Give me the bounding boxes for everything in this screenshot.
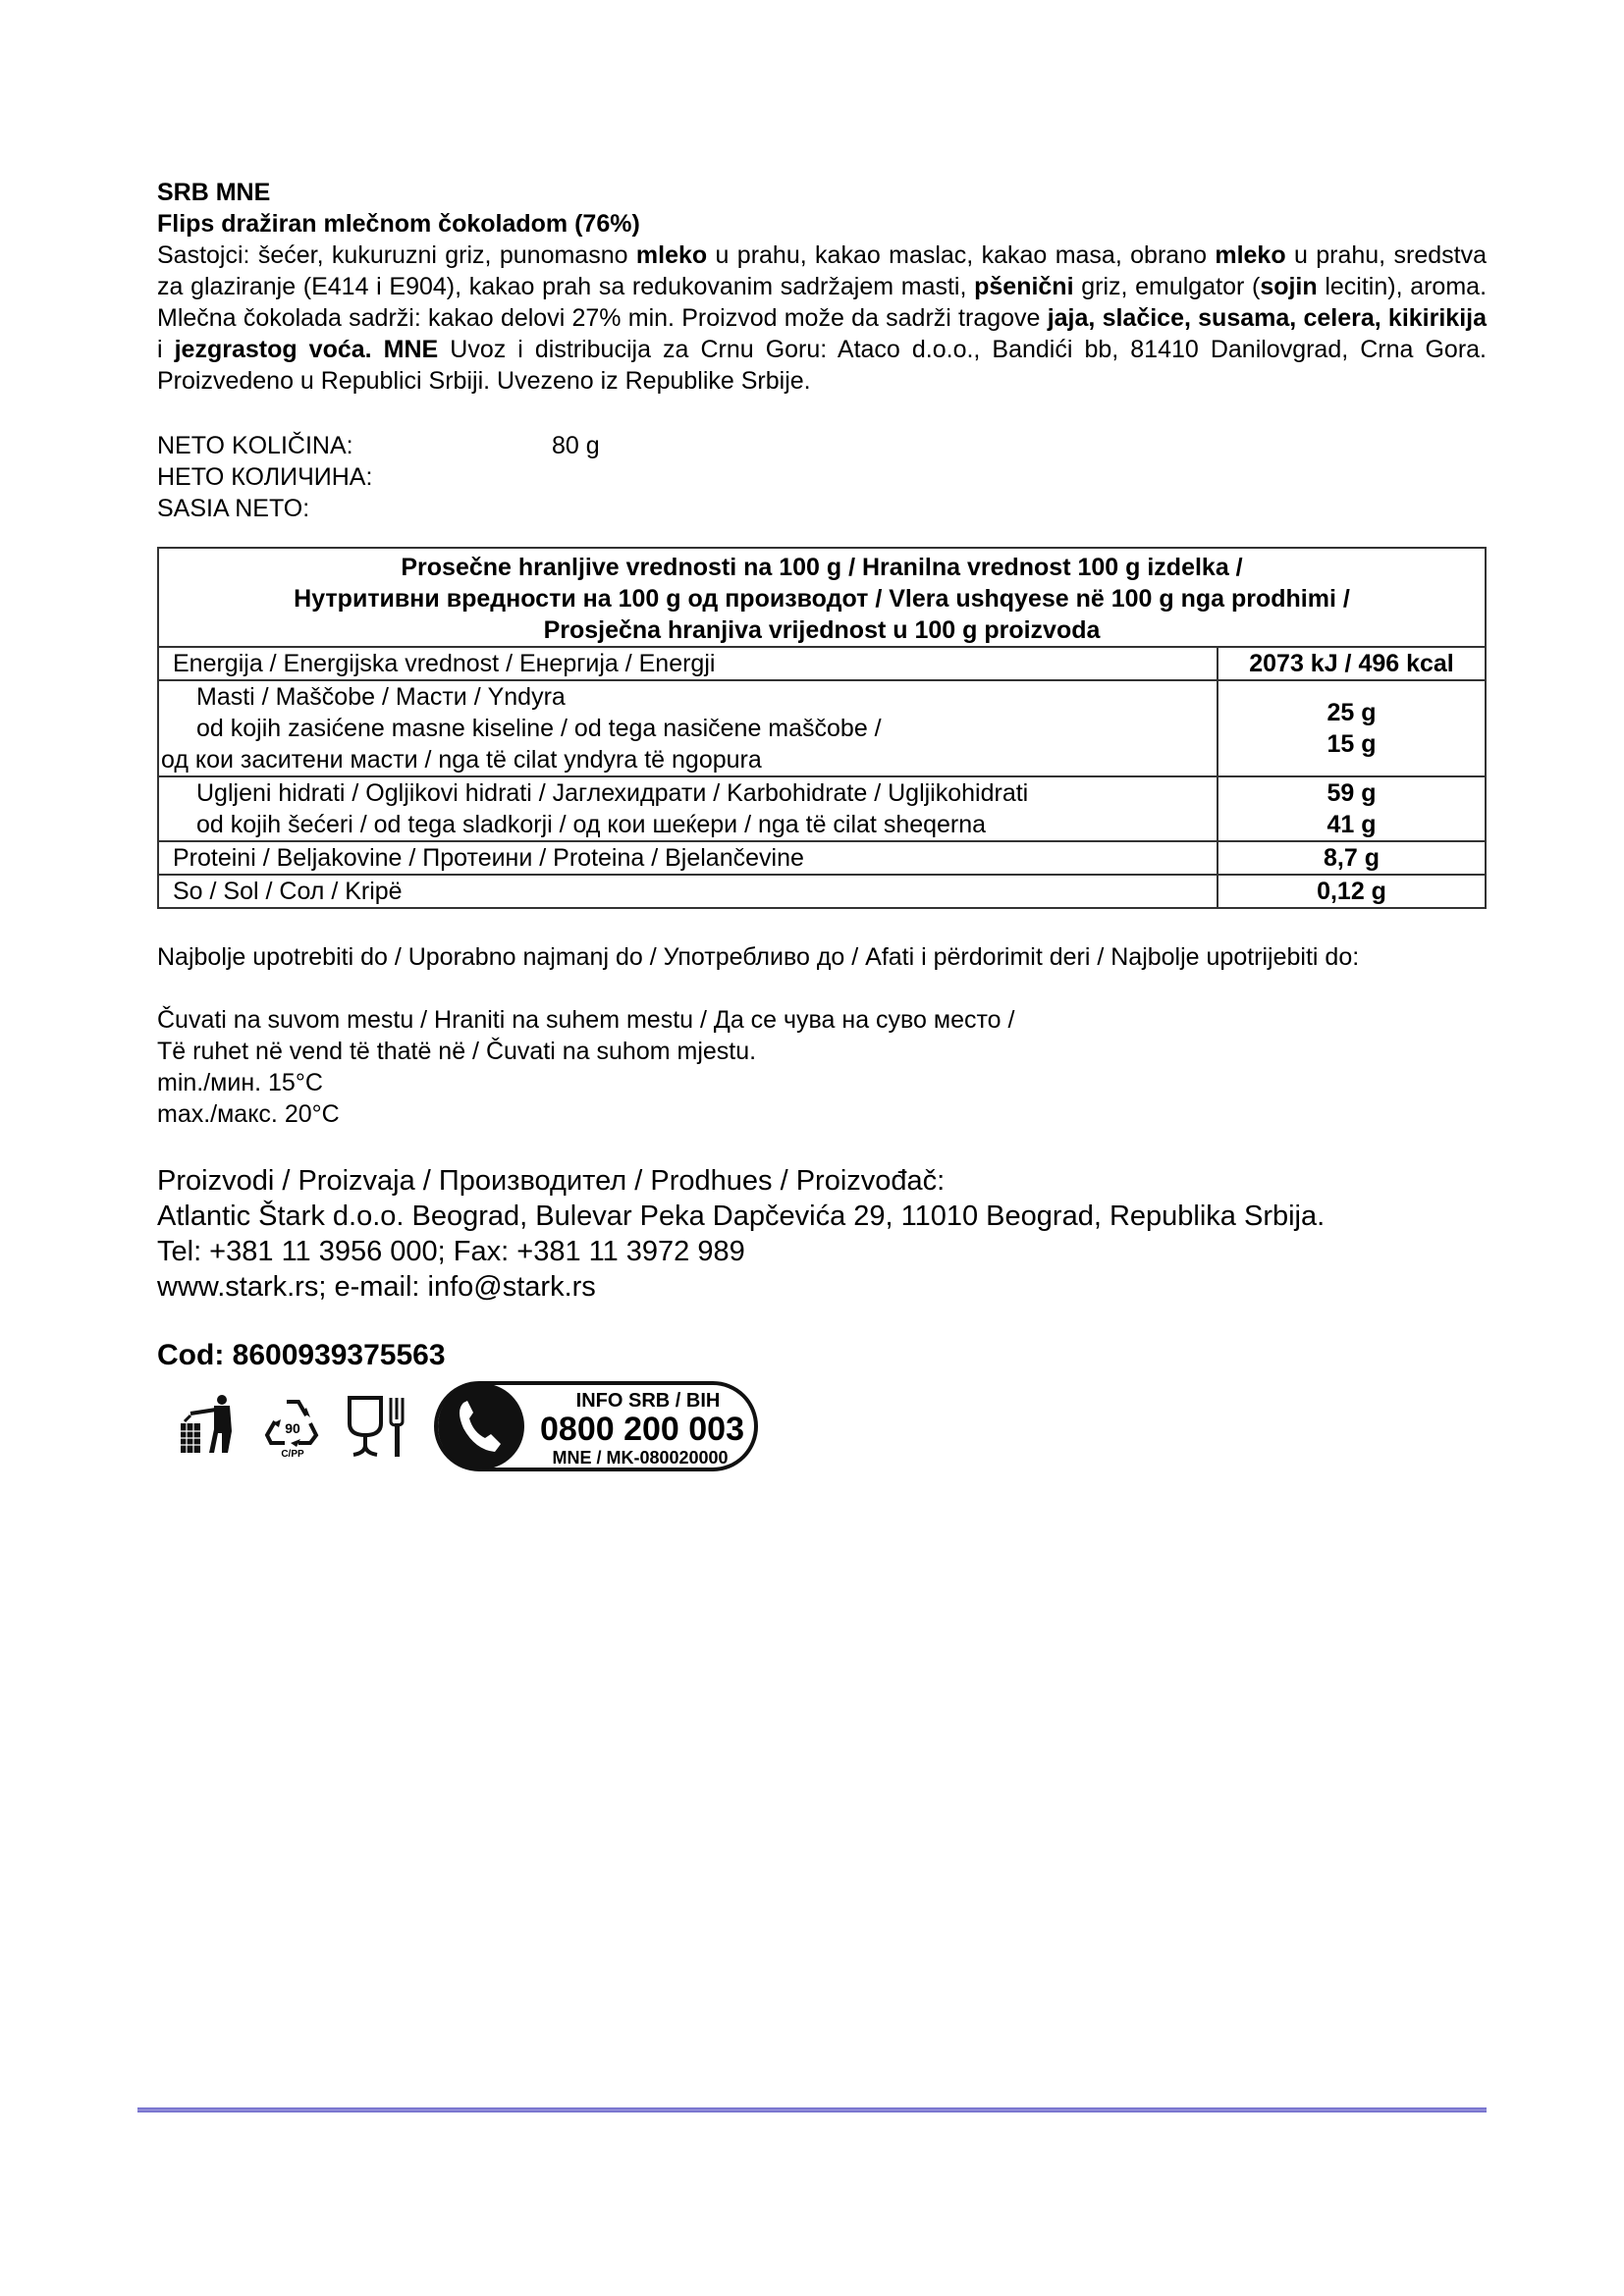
fat-values: 25 g 15 g — [1218, 680, 1486, 776]
svg-text:MNE / MK-080020000: MNE / MK-080020000 — [552, 1448, 728, 1468]
energy-value: 2073 kJ / 496 kcal — [1218, 647, 1486, 680]
nutrition-table-header: Prosečne hranljive vrednosti na 100 g / … — [158, 548, 1486, 647]
net-quantity-label-mk: НЕТО КОЛИЧИНА: — [157, 461, 552, 493]
net-quantity: NETO KOLIČINA: 80 g НЕТО КОЛИЧИНА: SASIA… — [157, 430, 1487, 524]
nutrition-header-line: Prosečne hranljive vrednosti na 100 g / … — [167, 552, 1477, 583]
sugar-value: 41 g — [1232, 809, 1471, 840]
table-row-energy: Energija / Energijska vrednost / Енергиј… — [158, 647, 1486, 680]
protein-label: Proteini / Beljakovine / Протеини / Prot… — [158, 841, 1218, 875]
best-before-text: Najbolje upotrebiti do / Uporabno najman… — [157, 941, 1487, 973]
market-heading: SRB MNE — [157, 177, 1487, 208]
table-row-carbs: Ugljeni hidrati / Ogljikovi hidrati / Ја… — [158, 776, 1486, 841]
producer-address: Atlantic Štark d.o.o. Beograd, Bulevar P… — [157, 1199, 1487, 1234]
producer-heading: Proizvodi / Proizvaja / Производител / P… — [157, 1163, 1487, 1199]
table-row-protein: Proteini / Beljakovine / Протеини / Prot… — [158, 841, 1486, 875]
fat-labels: Masti / Maščobe / Масти / Yndyra od koji… — [158, 680, 1218, 776]
storage-line: Čuvati na suvom mestu / Hraniti na suhem… — [157, 1004, 1487, 1036]
protein-value: 8,7 g — [1218, 841, 1486, 875]
product-code: Cod: 8600939375563 — [157, 1338, 1487, 1373]
nutrition-table: Prosečne hranljive vrednosti na 100 g / … — [157, 547, 1487, 909]
label-document: SRB MNE Flips dražiran mlečnom čokoladom… — [157, 177, 1487, 1471]
fat-label: Masti / Maščobe / Масти / Yndyra — [173, 681, 1203, 713]
ingredient-text: u prahu, kakao maslac, kakao masa, obran… — [707, 241, 1215, 269]
saturated-fat-label: od kojih zasićene masne kiseline / od te… — [173, 713, 1203, 744]
energy-label: Energija / Energijska vrednost / Енергиј… — [158, 647, 1218, 680]
allergen-highlight: jezgrastog voća. MNE — [175, 336, 439, 363]
producer-phone: Tel: +381 11 3956 000; Fax: +381 11 3972… — [157, 1234, 1487, 1269]
allergen-highlight: pšenični — [974, 273, 1073, 300]
table-row-salt: So / Sol / Сол / Kripë 0,12 g — [158, 875, 1486, 908]
sugar-label: od kojih šećeri / od tega sladkorji / од… — [173, 809, 1203, 840]
fat-value: 25 g — [1232, 697, 1471, 728]
ingredient-text: griz, emulgator ( — [1074, 273, 1261, 300]
saturated-fat-value: 15 g — [1232, 728, 1471, 760]
svg-text:90: 90 — [285, 1420, 300, 1436]
svg-text:INFO SRB / BIH: INFO SRB / BIH — [576, 1390, 721, 1412]
net-quantity-label-srb: NETO KOLIČINA: — [157, 430, 552, 461]
allergen-highlight: mleko — [1215, 241, 1285, 269]
ingredients-text: Sastojci: šećer, kukuruzni griz, punomas… — [157, 240, 1487, 397]
carb-value: 59 g — [1232, 777, 1471, 809]
svg-text:C/PP: C/PP — [281, 1449, 304, 1459]
svg-text:0800 200 003: 0800 200 003 — [540, 1411, 744, 1448]
table-row-fat: Masti / Maščobe / Масти / Yndyra od koji… — [158, 680, 1486, 776]
footer-rule — [137, 2108, 1487, 2112]
info-hotline-badge: INFO SRB / BIH 0800 200 003 MNE / MK-080… — [434, 1381, 758, 1471]
carb-labels: Ugljeni hidrati / Ogljikovi hidrati / Ја… — [158, 776, 1218, 841]
salt-value: 0,12 g — [1218, 875, 1486, 908]
storage-min-temp: min./мин. 15°C — [157, 1067, 1487, 1098]
allergen-highlight: mleko — [636, 241, 707, 269]
storage-instructions: Čuvati na suvom mestu / Hraniti na suhem… — [157, 1004, 1487, 1130]
product-title: Flips dražiran mlečnom čokoladom (76%) — [157, 208, 1487, 240]
net-quantity-label-al: SASIA NETO: — [157, 493, 552, 524]
salt-label: So / Sol / Сол / Kripë — [158, 875, 1218, 908]
net-quantity-value: 80 g — [552, 430, 600, 461]
saturated-fat-label-cont: од кои заситени масти / nga të cilat ynd… — [161, 744, 1203, 775]
storage-line: Të ruhet në vend të thatë në / Čuvati na… — [157, 1036, 1487, 1067]
nutrition-header-line: Prosječna hranjiva vrijednost u 100 g pr… — [167, 614, 1477, 646]
allergen-highlight: jaja, slačice, susama, celera, kikirikij… — [1048, 304, 1487, 332]
producer-web-email: www.stark.rs; e-mail: info@stark.rs — [157, 1269, 1487, 1305]
tidyman-dispose-icon — [177, 1394, 240, 1459]
food-contact-glass-fork-icon — [346, 1394, 408, 1459]
symbol-row: 90 C/PP INFO SRB / BIH 0800 200 003 MNE … — [177, 1381, 1487, 1471]
allergen-highlight: sojin — [1260, 273, 1317, 300]
ingredient-text: Sastojci: šećer, kukuruzni griz, punomas… — [157, 241, 636, 269]
recycle-icon: 90 C/PP — [261, 1394, 324, 1459]
storage-max-temp: max./макс. 20°C — [157, 1098, 1487, 1130]
producer-info: Proizvodi / Proizvaja / Производител / P… — [157, 1163, 1487, 1305]
nutrition-header-line: Нутритивни вредности на 100 g од произво… — [167, 583, 1477, 614]
ingredient-text: i — [157, 336, 175, 363]
carb-label: Ugljeni hidrati / Ogljikovi hidrati / Ја… — [173, 777, 1203, 809]
carb-values: 59 g 41 g — [1218, 776, 1486, 841]
